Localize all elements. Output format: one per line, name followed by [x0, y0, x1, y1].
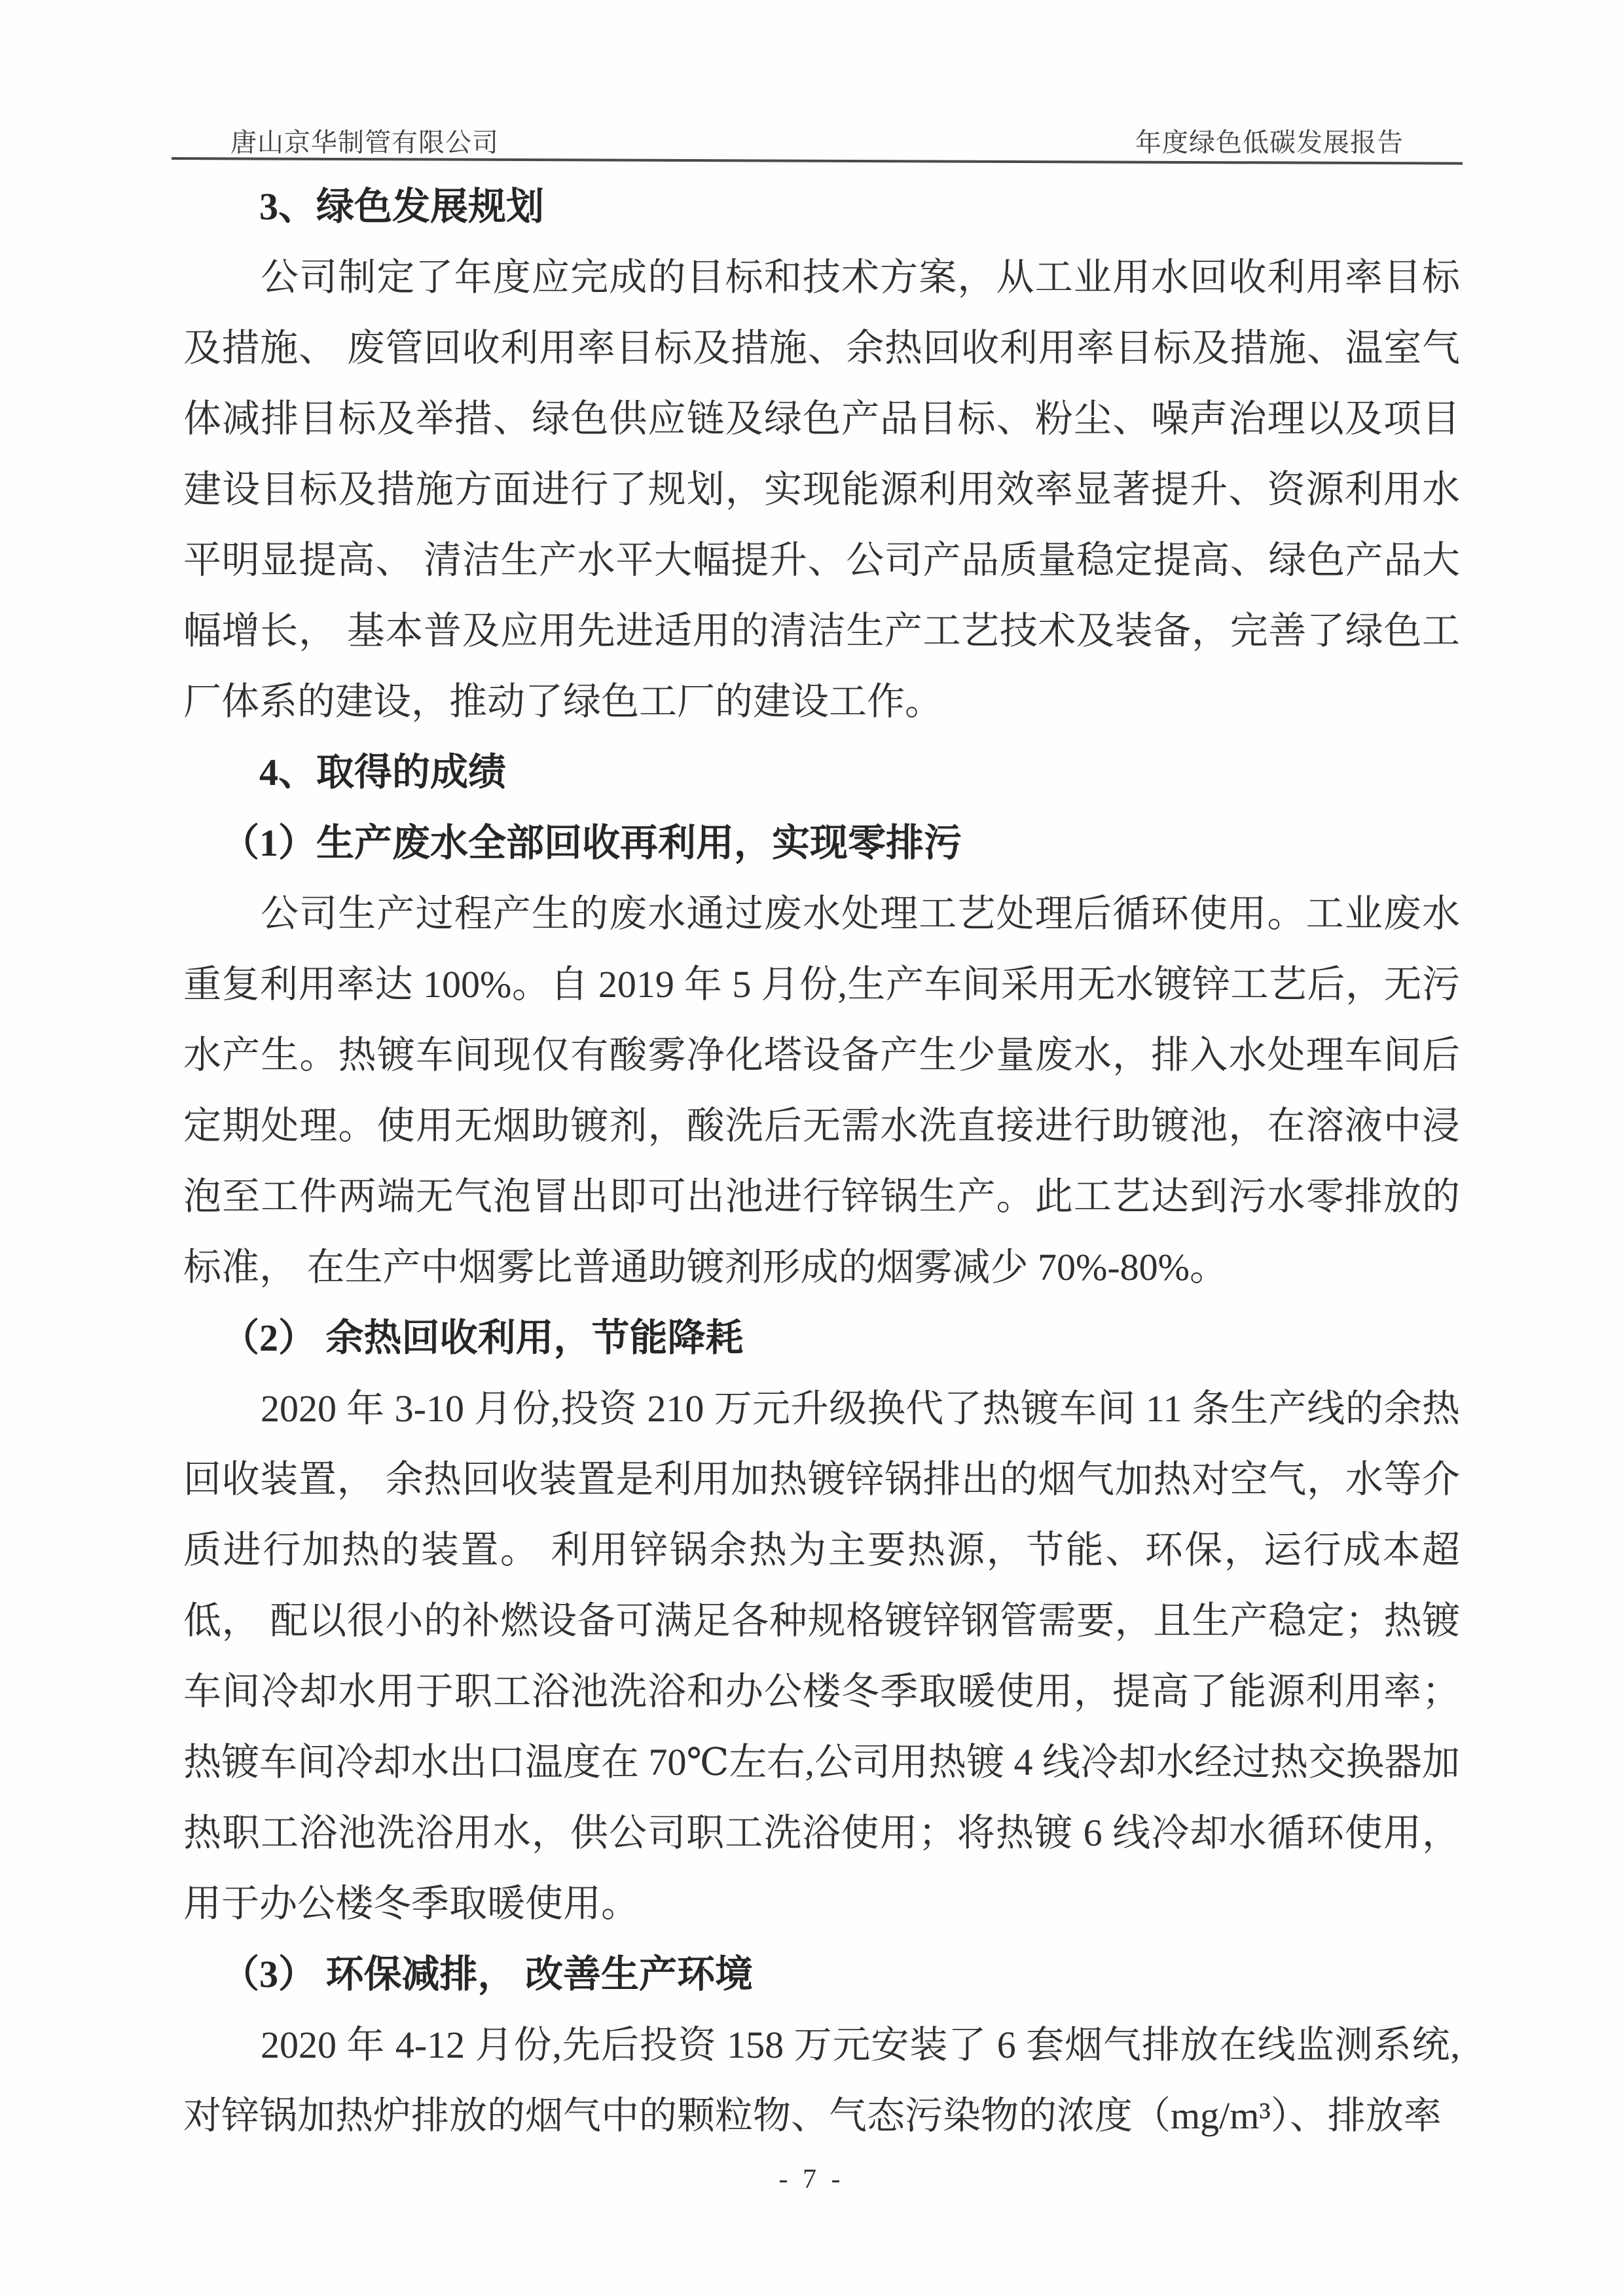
paragraph-wastewater-recycling: 公司生产过程产生的废水通过废水处理工艺处理后循环使用。工业废水重复利用率达 10… — [183, 879, 1460, 1303]
header-company-name: 唐山京华制管有限公司 — [230, 122, 499, 159]
header-report-title: 年度绿色低碳发展报告 — [1135, 122, 1404, 159]
document-page: 唐山京华制管有限公司 年度绿色低碳发展报告 3、绿色发展规划 公司制定了年度应完… — [0, 0, 1623, 2296]
document-body: 3、绿色发展规划 公司制定了年度应完成的目标和技术方案，从工业用水回收利用率目标… — [183, 172, 1460, 2151]
page-header: 唐山京华制管有限公司 年度绿色低碳发展报告 — [230, 122, 1404, 159]
subsection-heading-waste-heat-recovery: （2） 余热回收利用，节能降耗 — [183, 1303, 1460, 1374]
section-heading-green-development-plan: 3、绿色发展规划 — [183, 172, 1460, 242]
section-heading-achievements: 4、取得的成绩 — [183, 737, 1460, 808]
subsection-heading-emission-reduction: （3） 环保减排， 改善生产环境 — [183, 1939, 1460, 2010]
page-number: - 7 - — [779, 2164, 845, 2195]
page-footer: - 7 - — [0, 2164, 1623, 2195]
subsection-heading-wastewater-recycling: （1）生产废水全部回收再利用，实现零排污 — [183, 808, 1460, 879]
paragraph-green-development-plan: 公司制定了年度应完成的目标和技术方案，从工业用水回收利用率目标及措施、 废管回收… — [183, 242, 1460, 737]
paragraph-emission-monitoring: 2020 年 4-12 月份,先后投资 158 万元安装了 6 套烟气排放在线监… — [183, 2010, 1460, 2151]
paragraph-waste-heat-recovery: 2020 年 3-10 月份,投资 210 万元升级换代了热镀车间 11 条生产… — [183, 1374, 1460, 1939]
